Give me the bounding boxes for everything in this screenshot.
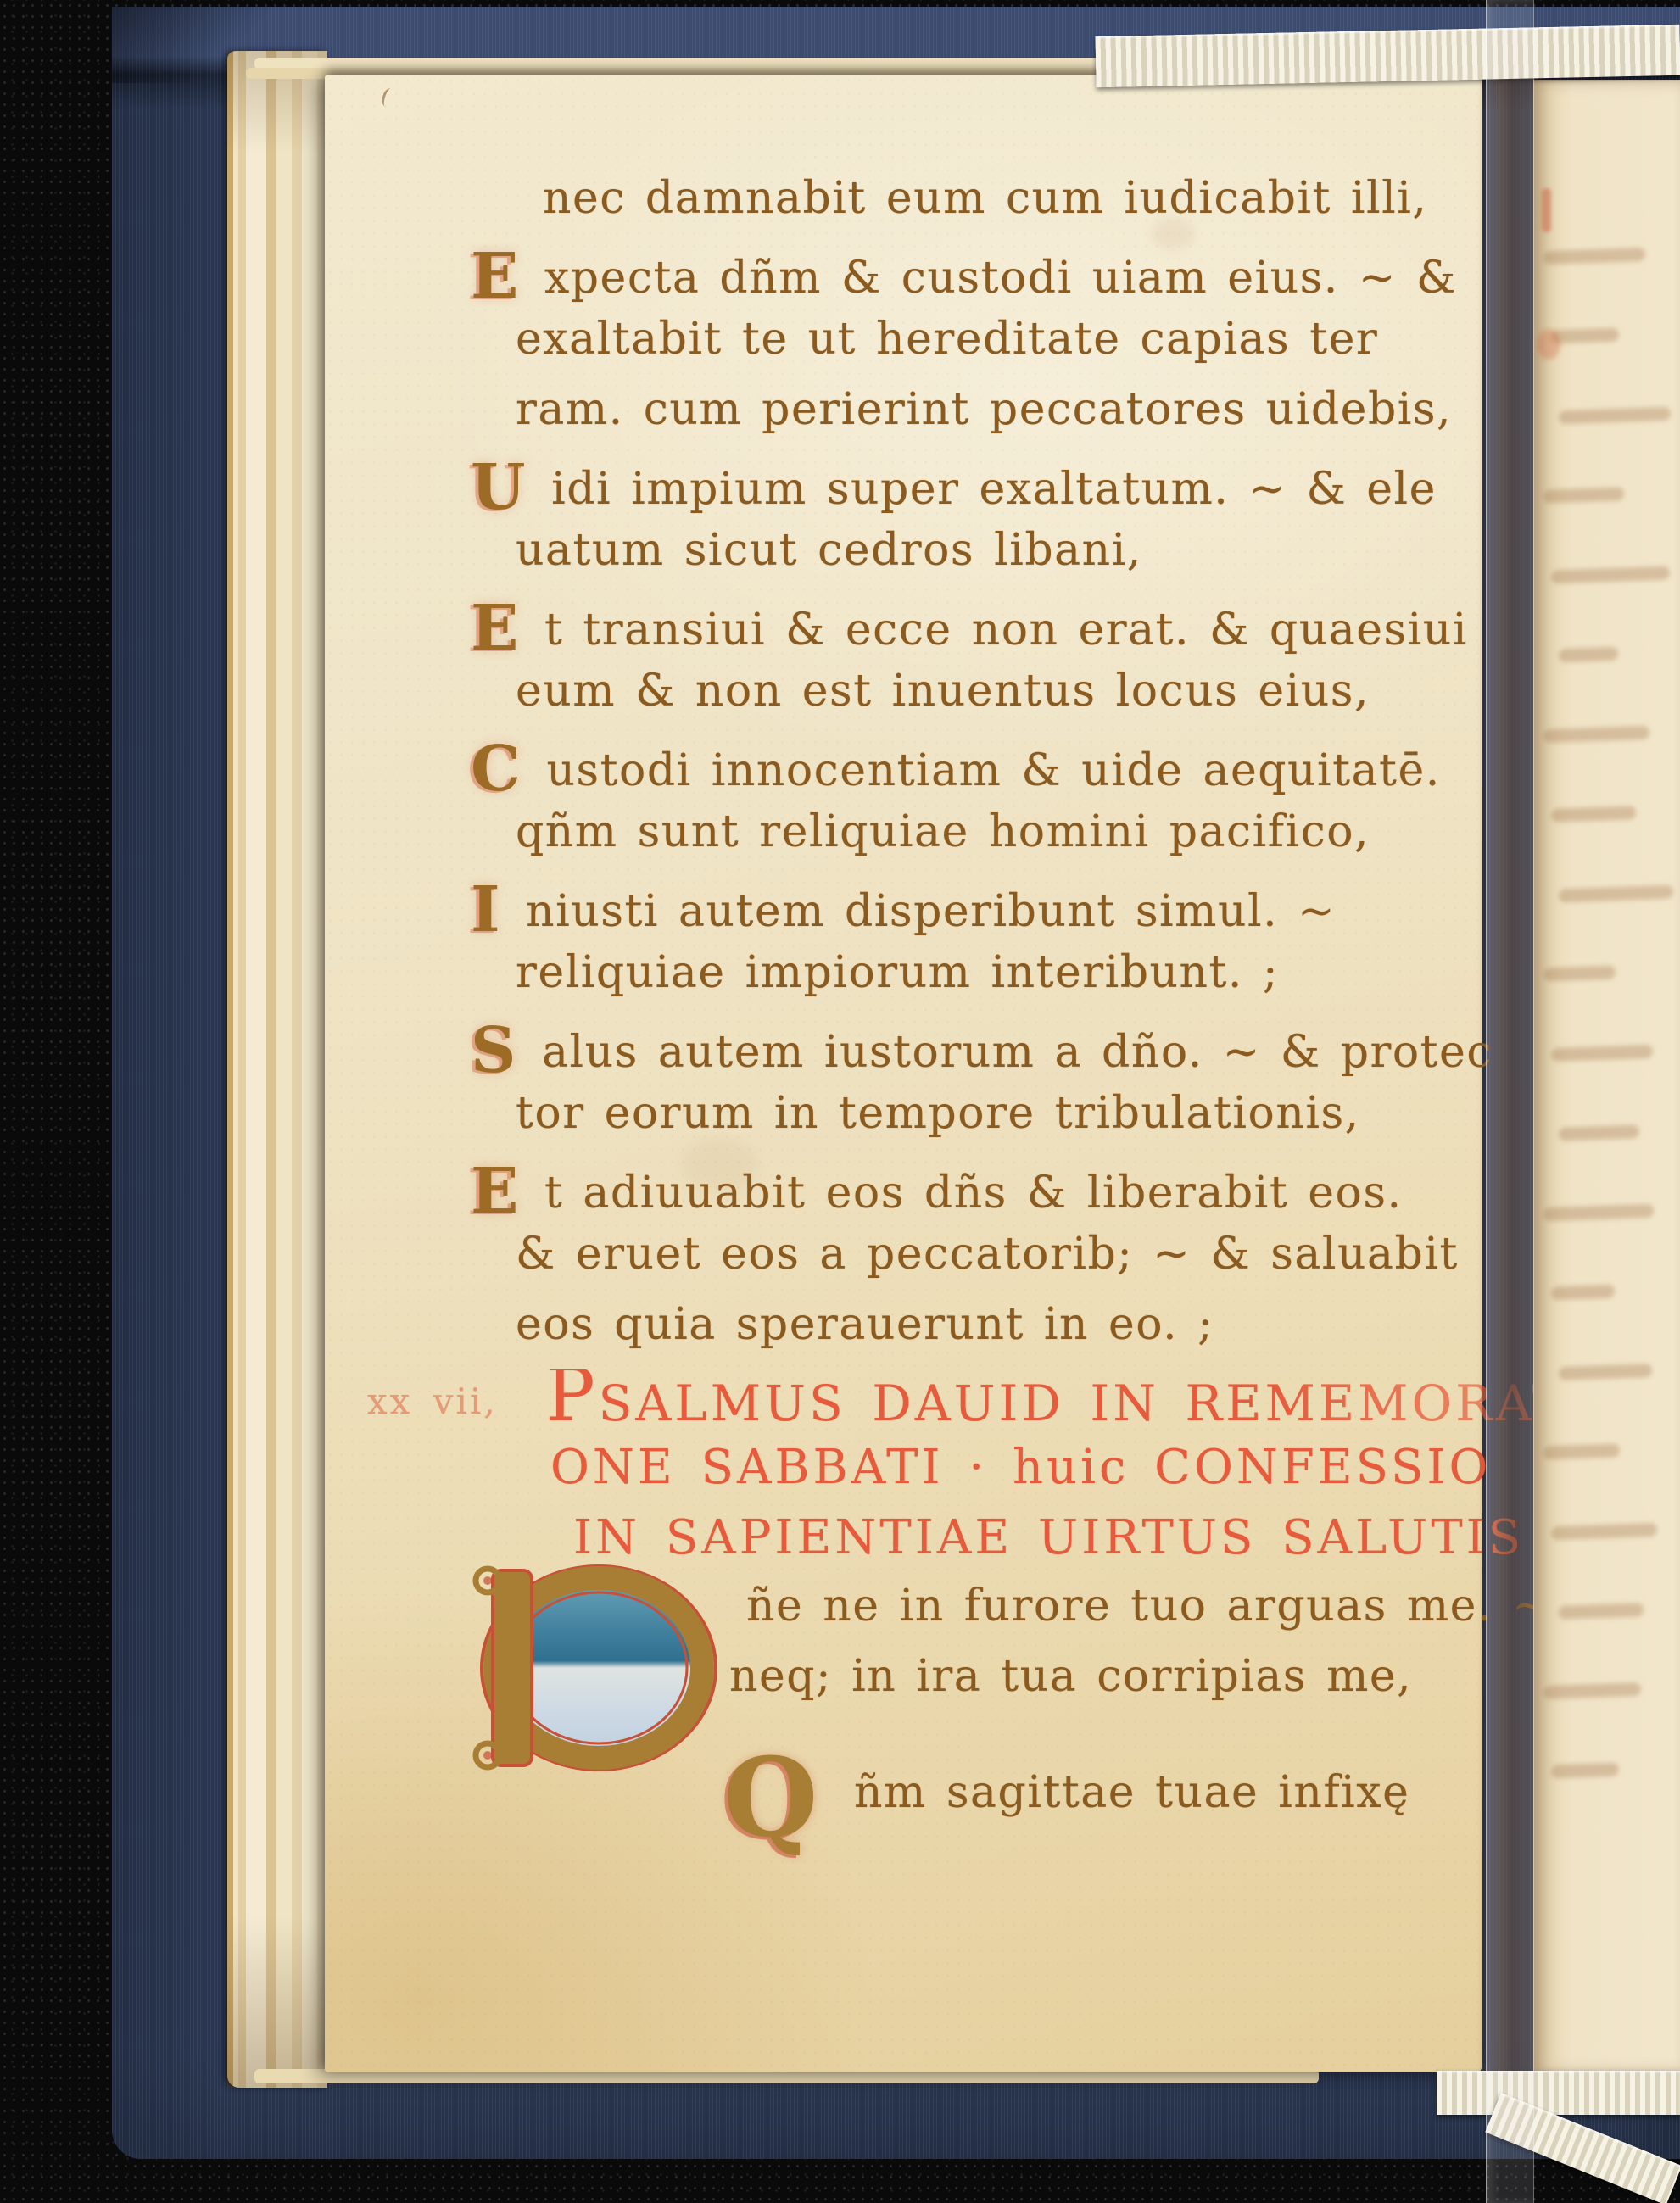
manuscript-text-line: ram. cum perierint peccatores uidebis,	[516, 384, 1452, 447]
line-text: t transiui & ecce non erat. & quaesiui	[544, 605, 1468, 655]
manuscript-text-line: ñe ne in furore tuo arguas me. ~	[746, 1581, 1550, 1643]
manuscript-photograph: nec damnabit eum cum iudicabit illi, E x…	[0, 0, 1680, 2203]
facing-page-bleedthrough-line	[1551, 1763, 1619, 1779]
line-text: eos quia sperauerunt in eo. ;	[516, 1299, 1214, 1350]
manuscript-text-line: S alus autem iustorum a dño. ~ & protec	[471, 1018, 1493, 1080]
illuminated-initial-D: D	[467, 1562, 722, 1774]
line-text: ONE SABBATI · huic CONFESSIO	[550, 1440, 1491, 1495]
manuscript-text-line: IN SAPIENTIAE UIRTUS SALUTIS ·	[573, 1510, 1568, 1573]
versal-initial: E	[471, 600, 520, 657]
line-text: ñe ne in furore tuo arguas me. ~	[746, 1581, 1550, 1631]
versal-initial: C	[471, 741, 522, 798]
facing-page-bleedthrough-line	[1559, 1603, 1644, 1619]
line-text: neq; in ira tua corripias me,	[729, 1651, 1412, 1702]
manuscript-text-line: E t adiuuabit eos dñs & liberabit eos.	[471, 1158, 1403, 1221]
manuscript-page: nec damnabit eum cum iudicabit illi, E x…	[325, 75, 1482, 2072]
line-text: exaltabit te ut hereditate capias ter	[516, 314, 1378, 365]
facing-page-bleedthrough-line	[1559, 1364, 1652, 1380]
line-text: uatum sicut cedros libani,	[516, 525, 1142, 576]
facing-page-red-initial-bleed	[1542, 188, 1551, 232]
line-text: alus autem iustorum a dño. ~ & protec	[542, 1027, 1493, 1078]
facing-page-bleedthrough-line	[1559, 885, 1673, 903]
manuscript-text-line: uatum sicut cedros libani,	[516, 525, 1142, 588]
facing-page-bleedthrough-line	[1559, 407, 1671, 425]
versal-initial: E	[471, 248, 520, 305]
facing-page-bleedthrough-line	[1543, 1443, 1620, 1459]
manuscript-text-line: exaltabit te ut hereditate capias ter	[516, 314, 1378, 376]
manuscript-text-line: U idi impium super exaltatum. ~ & ele	[471, 455, 1437, 517]
line-text: eum & non est inuentus locus eius,	[516, 666, 1370, 717]
versal-initial: S	[471, 1023, 517, 1079]
line-text: nec damnabit eum cum iudicabit illi,	[543, 173, 1427, 224]
line-text: xpecta dñm & custodi uiam eius. ~ &	[544, 253, 1457, 304]
line-text: t adiuuabit eos dñs & liberabit eos.	[544, 1168, 1403, 1219]
facing-page-bleedthrough-line	[1559, 1124, 1639, 1141]
manuscript-text-line: Q ñm sagittae tuae infixę	[723, 1721, 1409, 1784]
binding-tape-bottom	[1437, 2071, 1680, 2115]
facing-page-bleedthrough-line	[1551, 1523, 1657, 1540]
versal-initial: U	[471, 460, 527, 516]
facing-page-bleedthrough-line	[1551, 328, 1619, 344]
manuscript-text-line: xx vii, PSALMUS DAUID IN REMEMORATI	[367, 1369, 1591, 1432]
initial-d-artwork	[467, 1562, 722, 1774]
facing-page-bleedthrough-line	[1543, 966, 1616, 982]
manuscript-text-line: & eruet eos a peccatorib; ~ & saluabit	[516, 1229, 1459, 1291]
versal-initial: E	[471, 1163, 520, 1220]
line-text: & eruet eos a peccatorib; ~ & saluabit	[516, 1229, 1459, 1280]
manuscript-text-line: C ustodi innocentiam & uide aequitatē.	[471, 736, 1441, 799]
facing-page-bleedthrough-line	[1543, 248, 1645, 265]
manuscript-text-line: tor eorum in tempore tribulationis,	[516, 1088, 1360, 1151]
manuscript-text-line: qñm sunt reliquiae homini pacifico,	[516, 806, 1370, 869]
facing-page-bleedthrough-line	[1551, 1285, 1615, 1301]
line-text: ñm sagittae tuae infixę	[854, 1767, 1409, 1818]
manuscript-text-line: reliquiae impiorum interibunt. ;	[516, 947, 1279, 1010]
line-text: PSALMUS DAUID IN REMEMORATI	[545, 1369, 1591, 1432]
manuscript-text-line: neq; in ira tua corripias me,	[729, 1651, 1412, 1714]
manuscript-text-line: E xpecta dñm & custodi uiam eius. ~ &	[471, 243, 1457, 306]
manuscript-text-line: ONE SABBATI · huic CONFESSIO	[550, 1440, 1491, 1503]
facing-page-bleedthrough-line	[1543, 1682, 1641, 1699]
facing-page-bleedthrough-line	[1551, 1045, 1653, 1062]
facing-page-bleedthrough-line	[1551, 566, 1670, 584]
psalm-number-margin: xx vii,	[367, 1380, 498, 1422]
line-text: ustodi innocentiam & uide aequitatē.	[546, 745, 1440, 796]
line-text: tor eorum in tempore tribulationis,	[516, 1088, 1360, 1139]
versal-initial: I	[471, 882, 501, 939]
pen-trial-mark	[380, 87, 396, 109]
manuscript-text-line: eum & non est inuentus locus eius,	[516, 666, 1370, 728]
line-text: IN SAPIENTIAE UIRTUS SALUTIS ·	[573, 1510, 1568, 1565]
line-text: niusti autem disperibunt simul. ~	[526, 886, 1336, 937]
manuscript-text-line: nec damnabit eum cum iudicabit illi,	[543, 173, 1427, 236]
facing-page-bleedthrough-line	[1559, 647, 1618, 662]
facing-page-bleedthrough-line	[1551, 806, 1636, 822]
clear-retaining-strap	[1486, 0, 1534, 2203]
facing-page-red-initial-bleed	[1537, 329, 1560, 360]
left-leaf-edges	[227, 51, 327, 2088]
line-text: qñm sunt reliquiae homini pacifico,	[516, 806, 1370, 857]
line-text: ram. cum perierint peccatores uidebis,	[516, 384, 1452, 435]
manuscript-text-line: E t transiui & ecce non erat. & quaesiui	[471, 595, 1468, 658]
manuscript-text-line: eos quia sperauerunt in eo. ;	[516, 1299, 1214, 1362]
facing-page-bleedthrough-line	[1543, 487, 1624, 503]
line-text: idi impium super exaltatum. ~ & ele	[551, 464, 1437, 515]
versal-initial: Q	[723, 1750, 819, 1848]
facing-page-bleedthrough-line	[1543, 1204, 1654, 1222]
manuscript-text-line: I niusti autem disperibunt simul. ~	[471, 877, 1336, 940]
facing-page-edge	[1533, 80, 1680, 2074]
line-text: reliquiae impiorum interibunt. ;	[516, 947, 1279, 998]
facing-page-bleedthrough-line	[1543, 726, 1649, 743]
